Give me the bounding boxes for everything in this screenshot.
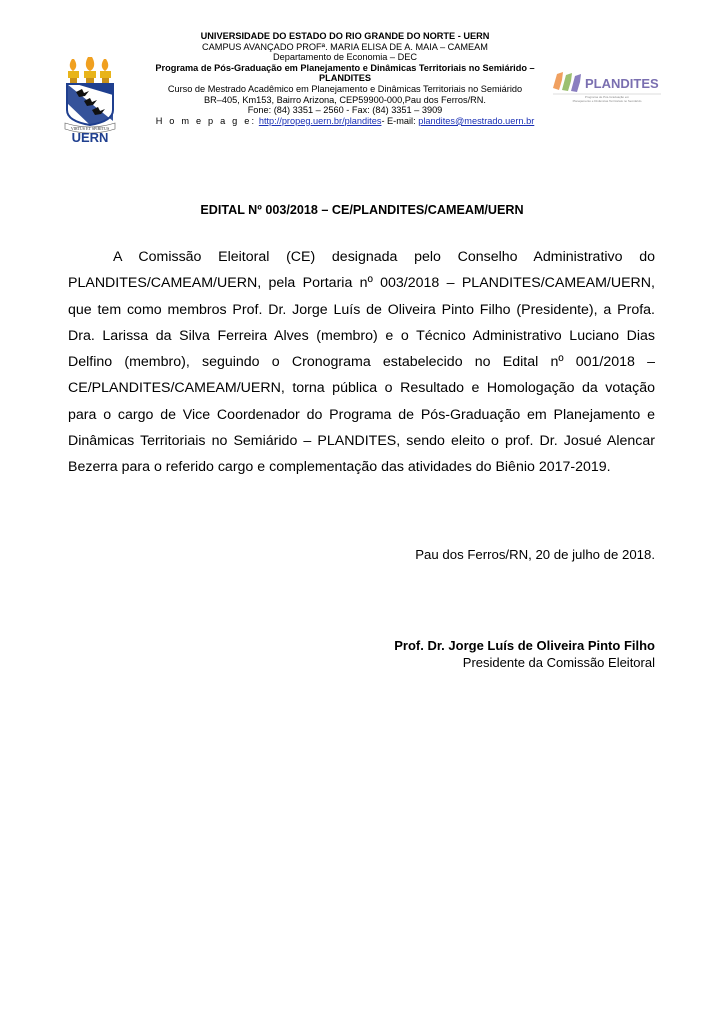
document-title: EDITAL Nº 003/2018 – CE/PLANDITES/CAMEAM…: [0, 203, 724, 217]
signatory-name: Prof. Dr. Jorge Luís de Oliveira Pinto F…: [394, 637, 655, 654]
phone-fax: Fone: (84) 3351 – 2560 - Fax: (84) 3351 …: [120, 105, 570, 116]
homepage-link[interactable]: http://propeg.uern.br/plandites: [259, 116, 382, 126]
uern-logo-text: UERN: [72, 130, 109, 143]
homepage-label: H o m e p a g e:: [156, 116, 257, 126]
campus-name: CAMPUS AVANÇADO PROFª. MARIA ELISA DE A.…: [120, 42, 570, 53]
address: BR–405, Km153, Bairro Arizona, CEP59900-…: [120, 95, 570, 106]
email-label: - E-mail:: [381, 116, 415, 126]
svg-text:Planejamento e Dinâmicas Terri: Planejamento e Dinâmicas Territoriais no…: [573, 99, 642, 103]
plandites-logo-text: PLANDITES: [585, 76, 659, 91]
uern-crest-icon: VIRTUS ET SPIRITUS UERN: [62, 55, 118, 143]
course-name: Curso de Mestrado Acadêmico em Planejame…: [120, 84, 570, 95]
email-link[interactable]: plandites@mestrado.uern.br: [418, 116, 534, 126]
document-page: VIRTUS ET SPIRITUS UERN UNIVERSIDADE DO …: [0, 0, 724, 1024]
signature-block: Prof. Dr. Jorge Luís de Oliveira Pinto F…: [394, 637, 655, 671]
contact-line: H o m e p a g e: http://propeg.uern.br/p…: [120, 116, 570, 127]
signatory-role: Presidente da Comissão Eleitoral: [394, 654, 655, 671]
plandites-logo-icon: PLANDITES Programa de Pós-Graduação em P…: [549, 66, 664, 106]
letterhead: UNIVERSIDADE DO ESTADO DO RIO GRANDE DO …: [120, 31, 570, 126]
university-name: UNIVERSIDADE DO ESTADO DO RIO GRANDE DO …: [120, 31, 570, 42]
place-date: Pau dos Ferros/RN, 20 de julho de 2018.: [415, 547, 655, 562]
program-name-line1: Programa de Pós-Graduação em Planejament…: [120, 63, 570, 74]
department-name: Departamento de Economia – DEC: [120, 52, 570, 63]
program-name-line2: PLANDITES: [120, 73, 570, 84]
body-paragraph: A Comissão Eleitoral (CE) designada pelo…: [68, 244, 655, 481]
